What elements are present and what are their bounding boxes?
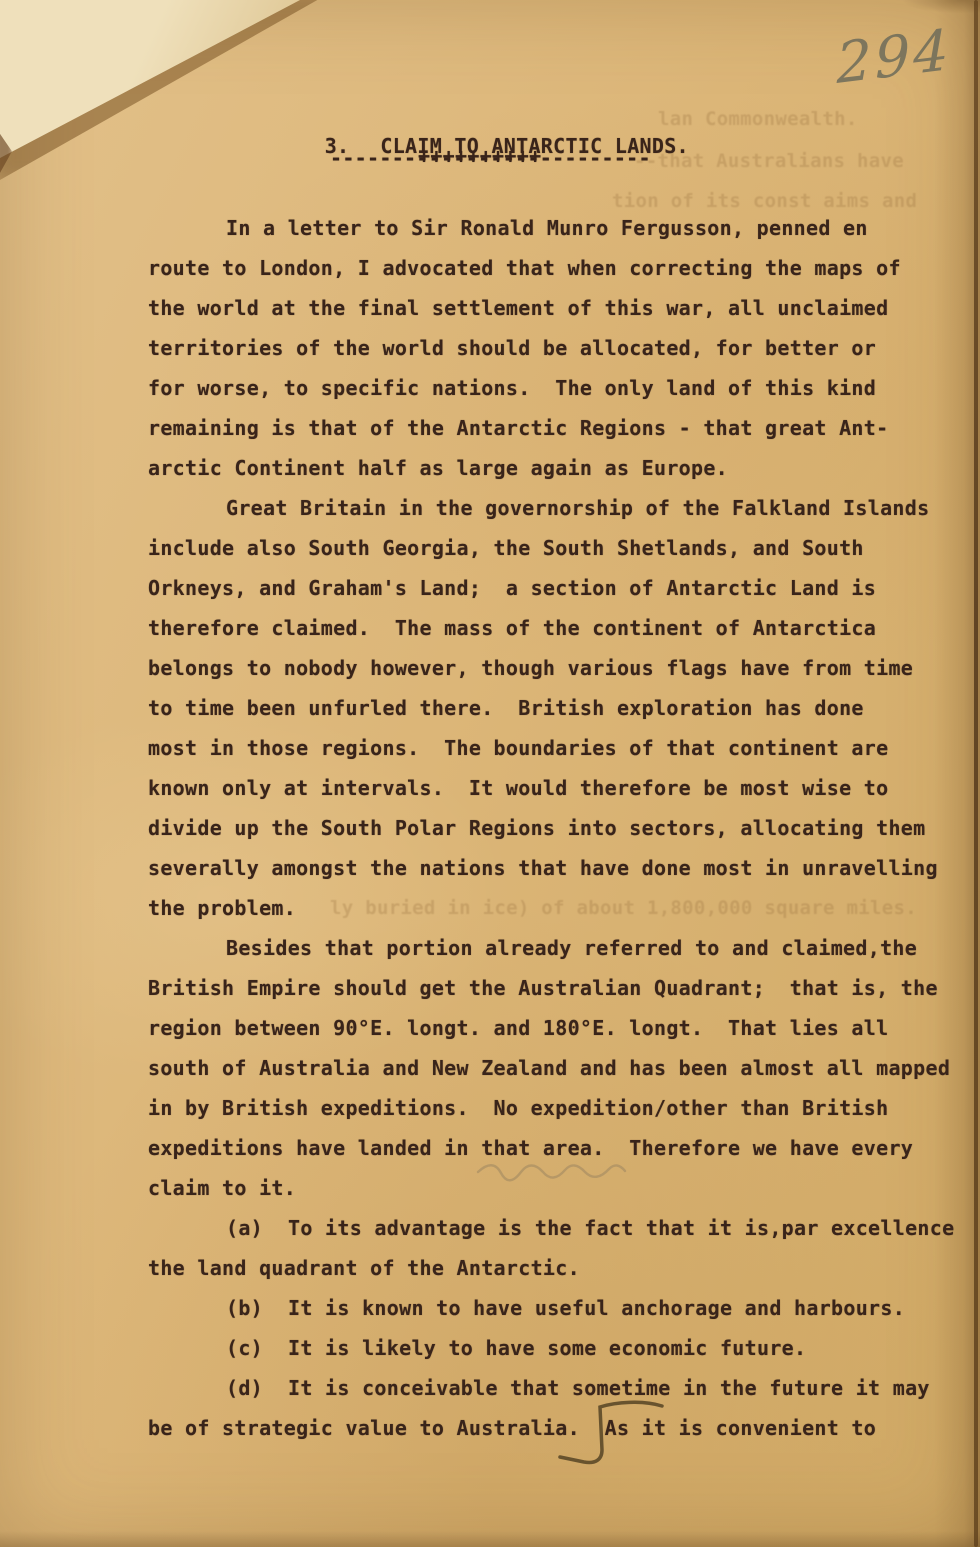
text-line: Besides that portion already referred to… bbox=[148, 928, 960, 968]
text-line: for worse, to specific nations. The only… bbox=[148, 368, 960, 408]
text-line: to time been unfurled there. British exp… bbox=[148, 688, 960, 728]
text-line: include also South Georgia, the South Sh… bbox=[148, 528, 960, 568]
text-line: British Empire should get the Australian… bbox=[148, 968, 960, 1008]
list-item-c: (c)It is likely to have some economic fu… bbox=[148, 1328, 960, 1368]
underline-pluses: ++++++++++ bbox=[418, 144, 541, 168]
page-edge bbox=[974, 0, 978, 1547]
list-item-a: (a)To its advantage is the fact that it … bbox=[148, 1208, 960, 1248]
text-line: severally amongst the nations that have … bbox=[148, 848, 960, 888]
text-line: Orkneys, and Graham's Land; a section of… bbox=[148, 568, 960, 608]
list-label: (a) bbox=[226, 1216, 263, 1240]
text-line: region between 90°E. longt. and 180°E. l… bbox=[148, 1008, 960, 1048]
list-label: (b) bbox=[226, 1296, 263, 1320]
text-line: remaining is that of the Antarctic Regio… bbox=[148, 408, 960, 448]
text-line: therefore claimed. The mass of the conti… bbox=[148, 608, 960, 648]
text-line: arctic Continent half as large again as … bbox=[148, 448, 960, 488]
text-line: divide up the South Polar Regions into s… bbox=[148, 808, 960, 848]
text-line: belongs to nobody however, though variou… bbox=[148, 648, 960, 688]
bottom-edge-shade bbox=[0, 1531, 980, 1547]
text-line: claim to it. bbox=[148, 1168, 960, 1208]
text-line: be of strategic value to Australia. As i… bbox=[148, 1408, 960, 1448]
list-item-b: (b)It is known to have useful anchorage … bbox=[148, 1288, 960, 1328]
folded-corner bbox=[0, 0, 300, 158]
text-line: territories of the world should be alloc… bbox=[148, 328, 960, 368]
text-line: In a letter to Sir Ronald Munro Fergusso… bbox=[148, 208, 960, 248]
list-text: To its advantage is the fact that it is,… bbox=[288, 1216, 954, 1240]
text-line: known only at intervals. It would theref… bbox=[148, 768, 960, 808]
list-label: (c) bbox=[226, 1336, 263, 1360]
list-text: It is conceivable that sometime in the f… bbox=[288, 1376, 930, 1400]
scanned-document-page: { "document": { "handwritten_page_number… bbox=[0, 0, 980, 1547]
text-line: route to London, I advocated that when c… bbox=[148, 248, 960, 288]
typed-text-block: In a letter to Sir Ronald Munro Fergusso… bbox=[148, 208, 960, 1448]
text-line: most in those regions. The boundaries of… bbox=[148, 728, 960, 768]
text-line: the land quadrant of the Antarctic. bbox=[148, 1248, 960, 1288]
heading-underline: -------------------------- ++++++++++ bbox=[330, 146, 651, 170]
text-line: the problem. bbox=[148, 888, 960, 928]
list-text: It is known to have useful anchorage and… bbox=[288, 1296, 905, 1320]
text-line: in by British expeditions. No expedition… bbox=[148, 1088, 960, 1128]
list-label: (d) bbox=[226, 1376, 263, 1400]
text-line: the world at the final settlement of thi… bbox=[148, 288, 960, 328]
text-line: Great Britain in the governorship of the… bbox=[148, 488, 960, 528]
text-line: expeditions have landed in that area. Th… bbox=[148, 1128, 960, 1168]
list-item-d: (d)It is conceivable that sometime in th… bbox=[148, 1368, 960, 1408]
text-line: south of Australia and New Zealand and h… bbox=[148, 1048, 960, 1088]
list-text: It is likely to have some economic futur… bbox=[288, 1336, 806, 1360]
